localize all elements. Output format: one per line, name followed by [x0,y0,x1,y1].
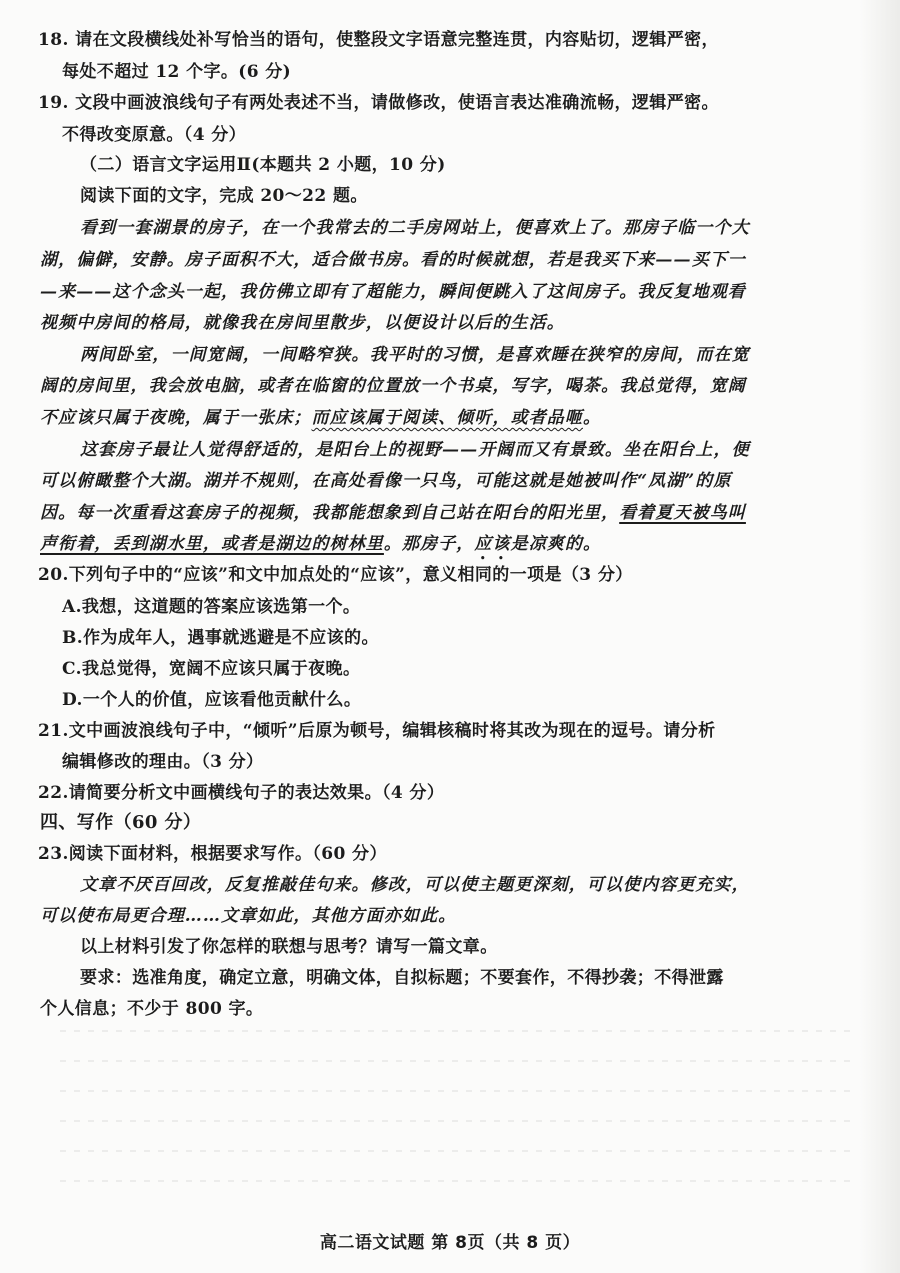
passage-p2-line3: 不应该只属于夜晚，属于一张床；而应该属于阅读、倾听，或者品咂。 [40,406,601,430]
passage-p1-line4: 视频中房间的格局，就像我在房间里散步，以便设计以后的生活。 [40,311,565,335]
question-20-option-c: C.我总觉得，宽阔不应该只属于夜晚。 [62,657,360,681]
writing-prompt: 以上材料引发了你怎样的联想与思考？请写一篇文章。 [80,935,498,959]
question-19-line1: 19. 文段中画波浪线句子有两处表述不当，请做修改，使语言表达准确流畅，逻辑严密… [38,91,719,115]
section-2-instruction: 阅读下面的文字，完成 20～22 题。 [80,184,368,208]
question-20-option-a: A.我想，这道题的答案应该选第一个。 [62,595,360,619]
question-21-line2: 编辑修改的理由。（3 分） [62,750,263,774]
underlined-sentence-part2: 声衔着，丢到湖水里，或者是湖边的树林里 [40,534,384,554]
dotted-emphasis-word: 应该 [474,534,510,554]
bleed-through [60,1090,850,1092]
p2-line3-end: 。 [583,408,601,428]
passage-p2-line2: 阔的房间里，我会放电脑，或者在临窗的位置放一个书桌，写字，喝茶。我总觉得，宽阔 [40,374,746,398]
underlined-sentence-part1: 看着夏天被鸟叫 [619,503,746,523]
bleed-through [60,1060,850,1062]
passage-p1-line2: 湖，偏僻，安静。房子面积不大，适合做书房。看的时候就想，若是我买下来——买下一 [40,248,746,272]
p3-line4-end: 是凉爽的。 [511,534,602,554]
question-23: 23.阅读下面材料，根据要求写作。（60 分） [38,842,387,866]
scan-edge-shadow [860,0,900,1273]
passage-p2-line1: 两间卧室，一间宽阔，一间略窄狭。我平时的习惯，是喜欢睡在狭窄的房间，而在宽 [80,343,750,367]
bleed-through [60,1150,850,1152]
bleed-through [60,1030,850,1032]
question-20-option-b: B.作为成年人，遇事就逃避是不应该的。 [62,626,379,650]
page-footer: 高二语文试题 第 8页（共 8 页） [0,1228,900,1253]
passage-p1-line1: 看到一套湖景的房子，在一个我常去的二手房网站上，便喜欢上了。那房子临一个大 [80,216,750,240]
bleed-through [60,1120,850,1122]
question-19-line2: 不得改变原意。（4 分） [62,123,246,147]
passage-p3-line4: 声衔着，丢到湖水里，或者是湖边的树林里。那房子，应该是凉爽的。 [40,532,601,564]
section-2-title: （二）语言文字运用Ⅱ(本题共 2 小题，10 分) [80,153,446,177]
passage-p3-line2: 可以俯瞰整个大湖。湖并不规则，在高处看像一只鸟，可能这就是她被叫作“凤湖”的原 [40,469,731,493]
bleed-through [60,1180,850,1182]
writing-material-line1: 文章不厌百回改，反复推敲佳句来。修改，可以使主题更深刻，可以使内容更充实， [80,873,750,897]
writing-material-line2: 可以使布局更合理……文章如此，其他方面亦如此。 [40,904,456,928]
question-21-line1: 21.文中画波浪线句子中，“倾听”后原为顿号，编辑核稿时将其改为现在的逗号。请分… [38,719,716,743]
exam-page: 18. 请在文段横线处补写恰当的语句，使整段文字语意完整连贯，内容贴切，逻辑严密… [0,0,900,1273]
question-18-line2: 每处不超过 12 个字。(6 分) [62,60,291,84]
writing-requirements-line1: 要求：选准角度，确定立意，明确文体，自拟标题；不要套作，不得抄袭；不得泄露 [80,966,724,990]
p3-line3-text: 因。每一次重看这套房子的视频，我都能想象到自己站在阳台的阳光里， [40,503,619,523]
question-18-line1: 18. 请在文段横线处补写恰当的语句，使整段文字语意完整连贯，内容贴切，逻辑严密… [38,28,719,52]
question-22: 22.请简要分析文中画横线句子的表达效果。（4 分） [38,781,444,805]
question-20-option-d: D.一个人的价值，应该看他贡献什么。 [62,688,361,712]
passage-p3-line1: 这套房子最让人觉得舒适的，是阳台上的视野——开阔而又有景致。坐在阳台上，便 [80,438,750,462]
wavy-underlined-sentence: 而应该属于阅读、倾听，或者品咂 [312,408,584,428]
passage-p1-line3: —来——这个念头一起，我仿佛立即有了超能力，瞬间便跳入了这间房子。我反复地观看 [40,280,746,304]
question-20-stem: 20.下列句子中的“应该”和文中加点处的“应该”，意义相同的一项是（3 分） [38,563,633,587]
writing-requirements-line2: 个人信息；不少于 800 字。 [40,997,263,1021]
section-4-title: 四、写作（60 分） [40,811,201,835]
passage-p3-line3: 因。每一次重看这套房子的视频，我都能想象到自己站在阳台的阳光里，看着夏天被鸟叫 [40,501,746,525]
p3-line4-mid: 。那房子， [384,534,475,554]
p2-line3-text: 不应该只属于夜晚，属于一张床； [40,408,312,428]
